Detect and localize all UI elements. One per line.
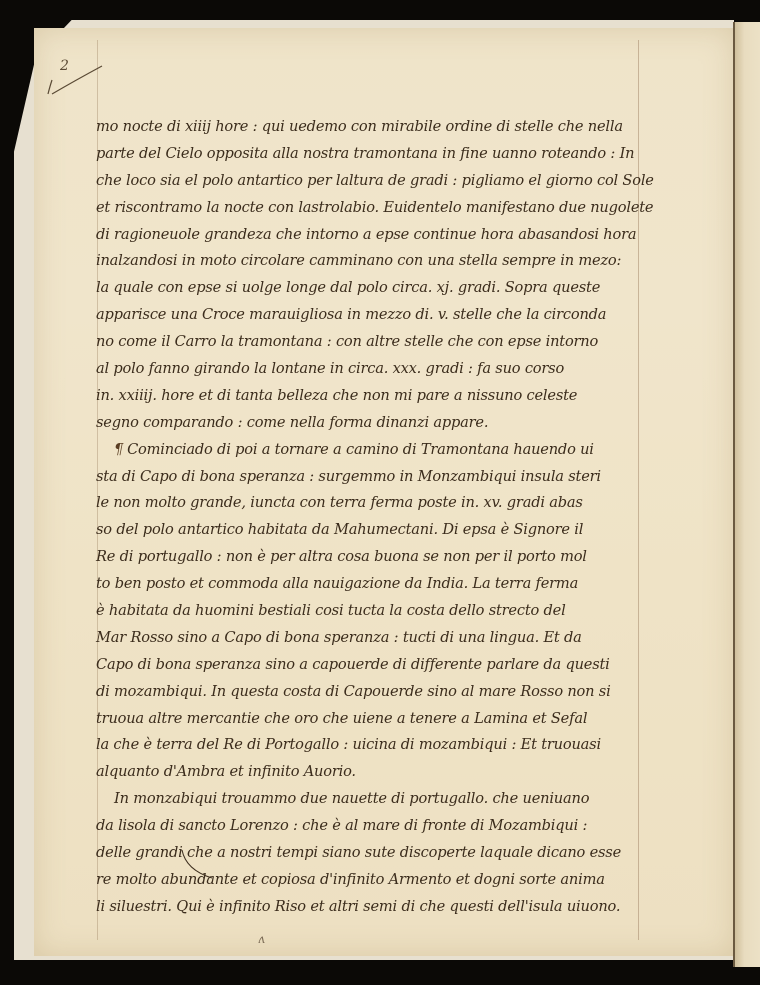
text-line: in. xxiiij. hore et di tanta belleza che… bbox=[96, 383, 648, 410]
text-line: al polo fanno girando la lontane in circ… bbox=[96, 356, 648, 383]
descender-flourish-icon bbox=[180, 848, 220, 882]
text-line: è habitata da huomini bestiali cosi tuct… bbox=[96, 598, 648, 625]
facing-page-edge bbox=[734, 22, 760, 967]
text-line: da lisola di sancto Lorenzo : che è al m… bbox=[96, 813, 648, 840]
text-line: la quale con epse si uolge longe dal pol… bbox=[96, 275, 648, 302]
text-line: che loco sia el polo antartico per laltu… bbox=[96, 168, 648, 195]
folio-number: 2 bbox=[60, 58, 69, 74]
text-line: et riscontramo la nocte con lastrolabio.… bbox=[96, 195, 648, 222]
text-line: Mar Rosso sino a Capo di bona speranza :… bbox=[96, 625, 648, 652]
text-line: alquanto d'Ambra et infinito Auorio. bbox=[96, 759, 648, 786]
text-line: parte del Cielo opposita alla nostra tra… bbox=[96, 141, 648, 168]
text-line: delle grandi che a nostri tempi siano su… bbox=[96, 840, 648, 867]
text-line: di ragioneuole grandeza che intorno a ep… bbox=[96, 222, 648, 249]
text-line: sta di Capo di bona speranza : surgemmo … bbox=[96, 464, 648, 491]
text-line: le non molto grande, iuncta con terra fe… bbox=[96, 490, 648, 517]
binding-gutter bbox=[733, 22, 735, 967]
text-line: In monzabiqui trouammo due nauette di po… bbox=[96, 786, 648, 813]
text-line: la che è terra del Re di Portogallo : ui… bbox=[96, 732, 648, 759]
text-line: apparisce una Croce marauigliosa in mezz… bbox=[96, 302, 648, 329]
text-line: so del polo antartico habitata da Mahume… bbox=[96, 517, 648, 544]
text-line: no come il Carro la tramontana : con alt… bbox=[96, 329, 648, 356]
manuscript-text: mo nocte di xiiij hore : qui uedemo con … bbox=[96, 114, 648, 921]
text-line: inalzandosi in moto circolare camminano … bbox=[96, 248, 648, 275]
text-line: to ben posto et commoda alla nauigazione… bbox=[96, 571, 648, 598]
text-line: Capo di bona speranza sino a capouerde d… bbox=[96, 652, 648, 679]
paragraph-3: In monzabiqui trouammo due nauette di po… bbox=[96, 786, 648, 920]
pilcrow-icon: ¶ bbox=[114, 441, 123, 458]
text-line: truoua altre mercantie che oro che uiene… bbox=[96, 706, 648, 733]
folio-mark: 2 bbox=[46, 58, 106, 98]
text-line: Re di portugallo : non è per altra cosa … bbox=[96, 544, 648, 571]
text-line: di mozambiqui. In questa costa di Capoue… bbox=[96, 679, 648, 706]
check-flourish-icon bbox=[46, 58, 106, 98]
paragraph-2: ¶Cominciado di poi a tornare a camino di… bbox=[96, 437, 648, 787]
text-line: re molto abundante et copiosa d'infinito… bbox=[96, 867, 648, 894]
catchword-mark: ʌ bbox=[258, 932, 265, 946]
text-line: segno comparando : come nella forma dina… bbox=[96, 410, 648, 437]
text-line: ¶Cominciado di poi a tornare a camino di… bbox=[96, 437, 648, 464]
text-line: mo nocte di xiiij hore : qui uedemo con … bbox=[96, 114, 648, 141]
text-line: li siluestri. Qui è infinito Riso et alt… bbox=[96, 894, 648, 921]
paragraph-1: mo nocte di xiiij hore : qui uedemo con … bbox=[96, 114, 648, 437]
text-line-content: Cominciado di poi a tornare a camino di … bbox=[127, 441, 594, 458]
